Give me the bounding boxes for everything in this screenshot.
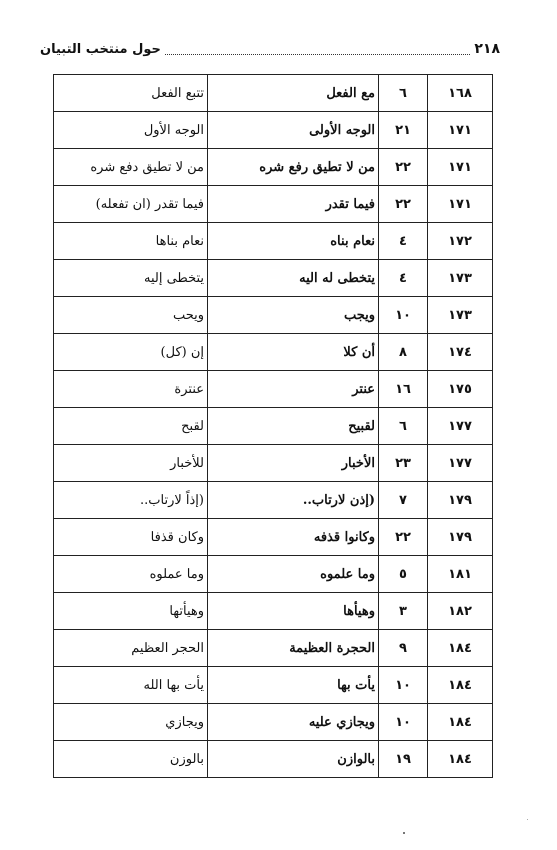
- cell-page: ١٧١: [428, 112, 493, 149]
- cell-line: ٨: [379, 334, 428, 371]
- table-row: ١٨٤٩الحجرة العظيمةالحجر العظيم: [54, 630, 493, 667]
- cell-line: ١٠: [379, 667, 428, 704]
- cell-line: ٦: [379, 75, 428, 112]
- cell-line: ١٩: [379, 741, 428, 778]
- cell-right: وهيأتها: [54, 593, 208, 630]
- cell-page: ١٧٤: [428, 334, 493, 371]
- cell-wrong: وما علموه: [208, 556, 379, 593]
- cell-page: ١٨١: [428, 556, 493, 593]
- table-row: ١٧٣٤يتخطى له اليهيتخطى إليه: [54, 260, 493, 297]
- cell-wrong: (إذن لارتاب..: [208, 482, 379, 519]
- cell-right: الحجر العظيم: [54, 630, 208, 667]
- cell-right: نعام بناها: [54, 223, 208, 260]
- table-row: ١٧٧٦لقبيحلقبح: [54, 408, 493, 445]
- table-row: ١٧٣١٠ويجبويحب: [54, 297, 493, 334]
- cell-line: ٢٢: [379, 519, 428, 556]
- table-row: ١٧١٢٢فيما تقدرفيما تقدر (ان تفعله): [54, 186, 493, 223]
- cell-right: تتبع الفعل: [54, 75, 208, 112]
- table-row: ١٧١٢٢من لا تطيق رفع شرهمن لا تطيق دفع شر…: [54, 149, 493, 186]
- table-row: ١٧٥١٦عنترعنترة: [54, 371, 493, 408]
- cell-right: يأت بها الله: [54, 667, 208, 704]
- cell-wrong: وكانوا قذفه: [208, 519, 379, 556]
- cell-page: ١٧٧: [428, 445, 493, 482]
- cell-line: ٢٢: [379, 186, 428, 223]
- page-header: ٢١٨ حول منتخب التبيان: [40, 38, 500, 60]
- cell-wrong: لقبيح: [208, 408, 379, 445]
- cell-right: الوجه الأول: [54, 112, 208, 149]
- table-row: ١٧١٢١الوجه الأولىالوجه الأول: [54, 112, 493, 149]
- cell-page: ١٧٧: [428, 408, 493, 445]
- cell-wrong: مع الفعل: [208, 75, 379, 112]
- cell-right: ويحب: [54, 297, 208, 334]
- cell-page: ١٨٤: [428, 704, 493, 741]
- cell-page: ١٧٢: [428, 223, 493, 260]
- cell-right: (إذاً لارتاب..: [54, 482, 208, 519]
- cell-right: من لا تطيق دفع شره: [54, 149, 208, 186]
- cell-right: إن (كل): [54, 334, 208, 371]
- cell-line: ٩: [379, 630, 428, 667]
- cell-right: فيما تقدر (ان تفعله): [54, 186, 208, 223]
- cell-page: ١٨٤: [428, 667, 493, 704]
- cell-page: ١٨٤: [428, 741, 493, 778]
- cell-page: ١٦٨: [428, 75, 493, 112]
- cell-wrong: نعام بناه: [208, 223, 379, 260]
- cell-wrong: ويجازي عليه: [208, 704, 379, 741]
- cell-page: ١٧٣: [428, 297, 493, 334]
- errata-table: ١٦٨٦مع الفعلتتبع الفعل١٧١٢١الوجه الأولىا…: [53, 74, 493, 778]
- cell-right: لقبح: [54, 408, 208, 445]
- cell-line: ٧: [379, 482, 428, 519]
- table-row: ١٧٤٨أن كلاإن (كل): [54, 334, 493, 371]
- cell-right: بالوزن: [54, 741, 208, 778]
- table-row: ١٨٤١٩بالوازنبالوزن: [54, 741, 493, 778]
- cell-wrong: يتخطى له اليه: [208, 260, 379, 297]
- cell-right: وما عملوه: [54, 556, 208, 593]
- cell-line: ١٦: [379, 371, 428, 408]
- cell-line: ٣: [379, 593, 428, 630]
- cell-wrong: من لا تطيق رفع شره: [208, 149, 379, 186]
- cell-page: ١٧٥: [428, 371, 493, 408]
- table-row: ١٨٤١٠يأت بهايأت بها الله: [54, 667, 493, 704]
- table-row: ١٧٢٤نعام بناهنعام بناها: [54, 223, 493, 260]
- table-row: ١٨١٥وما علموهوما عملوه: [54, 556, 493, 593]
- cell-wrong: عنتر: [208, 371, 379, 408]
- cell-line: ٢٣: [379, 445, 428, 482]
- cell-page: ١٧١: [428, 186, 493, 223]
- scan-speck: [527, 819, 528, 820]
- cell-wrong: الحجرة العظيمة: [208, 630, 379, 667]
- cell-line: ٥: [379, 556, 428, 593]
- table-row: ١٧٩٧(إذن لارتاب..(إذاً لارتاب..: [54, 482, 493, 519]
- cell-line: ١٠: [379, 704, 428, 741]
- cell-page: ١٧٣: [428, 260, 493, 297]
- cell-wrong: الوجه الأولى: [208, 112, 379, 149]
- cell-line: ٤: [379, 260, 428, 297]
- cell-page: ١٨٢: [428, 593, 493, 630]
- cell-line: ٢١: [379, 112, 428, 149]
- dotted-leader: [165, 44, 470, 55]
- cell-wrong: وهيأها: [208, 593, 379, 630]
- cell-line: ٢٢: [379, 149, 428, 186]
- page-number: ٢١٨: [474, 41, 500, 57]
- table-row: ١٧٩٢٢وكانوا قذفهوكان قذفا: [54, 519, 493, 556]
- cell-right: وكان قذفا: [54, 519, 208, 556]
- cell-wrong: يأت بها: [208, 667, 379, 704]
- cell-line: ٦: [379, 408, 428, 445]
- cell-page: ١٨٤: [428, 630, 493, 667]
- table-row: ١٦٨٦مع الفعلتتبع الفعل: [54, 75, 493, 112]
- cell-page: ١٧١: [428, 149, 493, 186]
- cell-right: يتخطى إليه: [54, 260, 208, 297]
- cell-right: عنترة: [54, 371, 208, 408]
- cell-right: للأخبار: [54, 445, 208, 482]
- cell-line: ١٠: [379, 297, 428, 334]
- table-row: ١٨٢٣وهيأهاوهيأتها: [54, 593, 493, 630]
- cell-wrong: بالوازن: [208, 741, 379, 778]
- cell-wrong: أن كلا: [208, 334, 379, 371]
- cell-line: ٤: [379, 223, 428, 260]
- cell-wrong: فيما تقدر: [208, 186, 379, 223]
- table-row: ١٨٤١٠ويجازي عليهويجازي: [54, 704, 493, 741]
- scan-speck: [403, 832, 405, 834]
- cell-page: ١٧٩: [428, 519, 493, 556]
- cell-page: ١٧٩: [428, 482, 493, 519]
- cell-right: ويجازي: [54, 704, 208, 741]
- cell-wrong: الأخبار: [208, 445, 379, 482]
- cell-wrong: ويجب: [208, 297, 379, 334]
- table-row: ١٧٧٢٣الأخبارللأخبار: [54, 445, 493, 482]
- running-title: حول منتخب التبيان: [40, 42, 161, 57]
